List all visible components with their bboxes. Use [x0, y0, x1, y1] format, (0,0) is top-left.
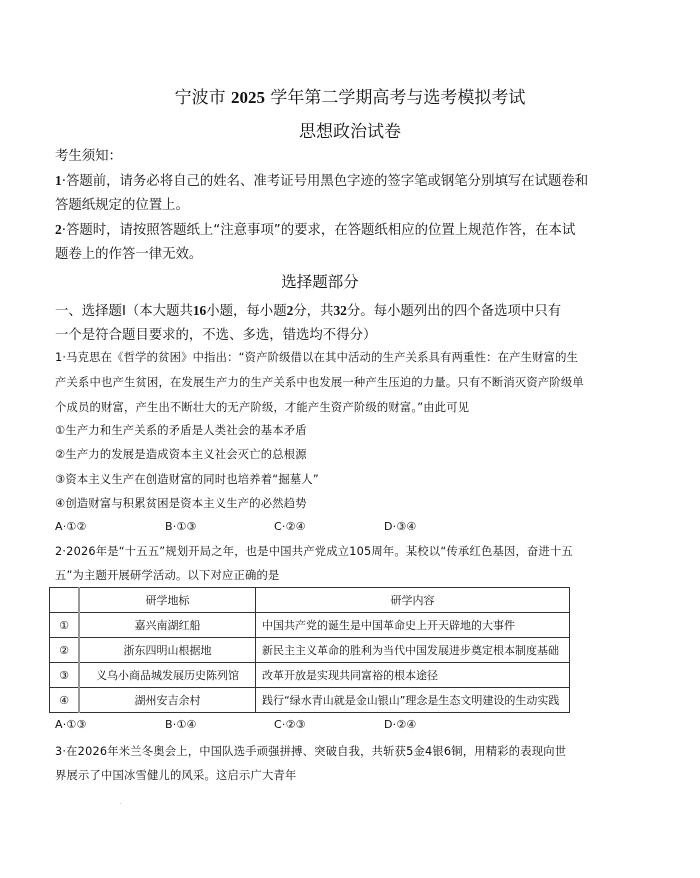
- section-instructions: 一、选择题Ⅰ（本大题共16小题，每小题2分，共32分。每小题列出的四个备选项中只…: [55, 300, 561, 319]
- question-text: 2·2026年是“十五五”规划开局之年，也是中国共产党成立105周年。某校以“传…: [55, 543, 573, 559]
- table-row: ① 嘉兴南湖红船 中国共产党的诞生是中国革命史上开天辟地的大事件: [50, 613, 570, 638]
- statement: ②生产力的发展是造成资本主义社会灭亡的总根源: [55, 446, 307, 462]
- instr-number: 32: [333, 303, 346, 318]
- table-cell: ③: [50, 663, 80, 688]
- notice-item-text: ·答题前，请务必将自己的姓名、准考证号用黑色字迹的签字笔或钢笔分别填写在试题卷和: [62, 174, 589, 189]
- exam-title: 宁波市 2025 学年第二学期高考与选考模拟考试: [0, 83, 700, 108]
- table-cell: 中国共产党的诞生是中国革命史上开天辟地的大事件: [256, 613, 570, 638]
- question-text: 五”为主题开展研学活动。以下对应正确的是: [55, 567, 280, 583]
- instr-text: 小题，每小题: [206, 304, 286, 319]
- statement: ④创造财富与积累贫困是资本主义生产的必然趋势: [55, 495, 307, 511]
- table-row: ② 浙东四明山根据地 新民主主义革命的胜利为当代中国发展进步奠定根本制度基础: [50, 638, 570, 663]
- table-header-row: 研学地标 研学内容: [50, 588, 570, 613]
- question-text: 产关系中也产生贫困，在发展生产力的生产关系中也发展一种产生压迫的力量。只有不断消…: [55, 374, 584, 390]
- study-table: 研学地标 研学内容 ① 嘉兴南湖红船 中国共产党的诞生是中国革命史上开天辟地的大…: [49, 587, 570, 713]
- title-suffix: 学年第二学期高考与选考模拟考试: [270, 88, 525, 108]
- exam-subtitle: 思想政治试卷: [0, 117, 700, 142]
- notice-item-1: 1·答题前，请务必将自己的姓名、准考证号用黑色字迹的签字笔或钢笔分别填写在试题卷…: [55, 170, 588, 189]
- notice-item-number: 1: [55, 173, 62, 188]
- statement: ③资本主义生产在创造财富的同时也培养着“掘墓人”: [55, 471, 319, 487]
- table-cell: ①: [50, 613, 80, 638]
- table-cell: 改革开放是实现共同富裕的根本途径: [256, 663, 570, 688]
- statement: ①生产力和生产关系的矛盾是人类社会的基本矛盾: [55, 422, 307, 438]
- table-cell: 湖州安吉余村: [79, 688, 256, 713]
- question-text: 1·马克思在《哲学的贫困》中指出：“资产阶级借以在其中活动的生产关系具有两重性：…: [55, 349, 578, 365]
- table-cell: 义乌小商品城发展历史陈列馆: [79, 663, 256, 688]
- option-d: D·②④: [384, 718, 417, 731]
- table-cell: 浙东四明山根据地: [79, 638, 256, 663]
- table-header-cell: 研学地标: [79, 588, 256, 613]
- notice-item-2: 2·答题时，请按照答题纸上“注意事项”的要求，在答题纸相应的位置上规范作答，在本…: [55, 219, 575, 238]
- title-prefix: 宁波市: [175, 88, 226, 108]
- title-year: 2025: [231, 88, 265, 107]
- notice-item-text: ·答题时，请按照答题纸上“注意事项”的要求，在答题纸相应的位置上规范作答，在本试: [62, 223, 576, 238]
- section-title: 选择题部分: [0, 270, 640, 292]
- scan-speck: [120, 803, 121, 804]
- notice-item-2-cont: 题卷上的作答一律无效。: [55, 243, 202, 262]
- question-text: 3·在2026年米兰冬奥会上，中国队选手顽强拼搏、突破自我，共斩获5金4银6铜，…: [55, 743, 566, 759]
- table-cell: 新民主主义革命的胜利为当代中国发展进步奠定根本制度基础: [256, 638, 570, 663]
- notice-heading: 考生须知：: [55, 145, 122, 164]
- option-d: D·③④: [384, 520, 417, 533]
- option-b: B·①④: [165, 718, 197, 731]
- table-cell: 践行“绿水青山就是金山银山”理念是生态文明建设的生动实践: [256, 688, 570, 713]
- option-c: C·②③: [274, 718, 306, 731]
- instr-text: 分，共: [293, 304, 333, 319]
- table-header-cell: 研学内容: [256, 588, 570, 613]
- table-header-cell: [50, 588, 80, 613]
- option-b: B·①③: [165, 520, 197, 533]
- notice-item-1-cont: 答题纸规定的位置上。: [55, 194, 189, 213]
- option-a: A·①②: [55, 520, 87, 533]
- question-text: 界展示了中国冰雪健儿的风采。这启示广大青年: [55, 767, 296, 783]
- option-a: A·①③: [55, 718, 87, 731]
- table-cell: ④: [50, 688, 80, 713]
- table-cell: 嘉兴南湖红船: [79, 613, 256, 638]
- option-c: C·②④: [274, 520, 306, 533]
- question-text: 个成员的财富，产生出不断壮大的无产阶级，才能产生资产阶级的财富。”由此可见: [55, 399, 469, 415]
- section-instructions-cont: 一个是符合题目要求的，不选、多选，错选均不得分）: [55, 324, 376, 343]
- table-row: ④ 湖州安吉余村 践行“绿水青山就是金山银山”理念是生态文明建设的生动实践: [50, 688, 570, 713]
- notice-item-number: 2: [55, 222, 62, 237]
- instr-number: 16: [193, 303, 206, 318]
- instr-text: 分。每小题列出的四个备选项中只有: [347, 304, 561, 319]
- instr-text: 一、选择题Ⅰ（本大题共: [55, 304, 193, 319]
- table-cell: ②: [50, 638, 80, 663]
- table-row: ③ 义乌小商品城发展历史陈列馆 改革开放是实现共同富裕的根本途径: [50, 663, 570, 688]
